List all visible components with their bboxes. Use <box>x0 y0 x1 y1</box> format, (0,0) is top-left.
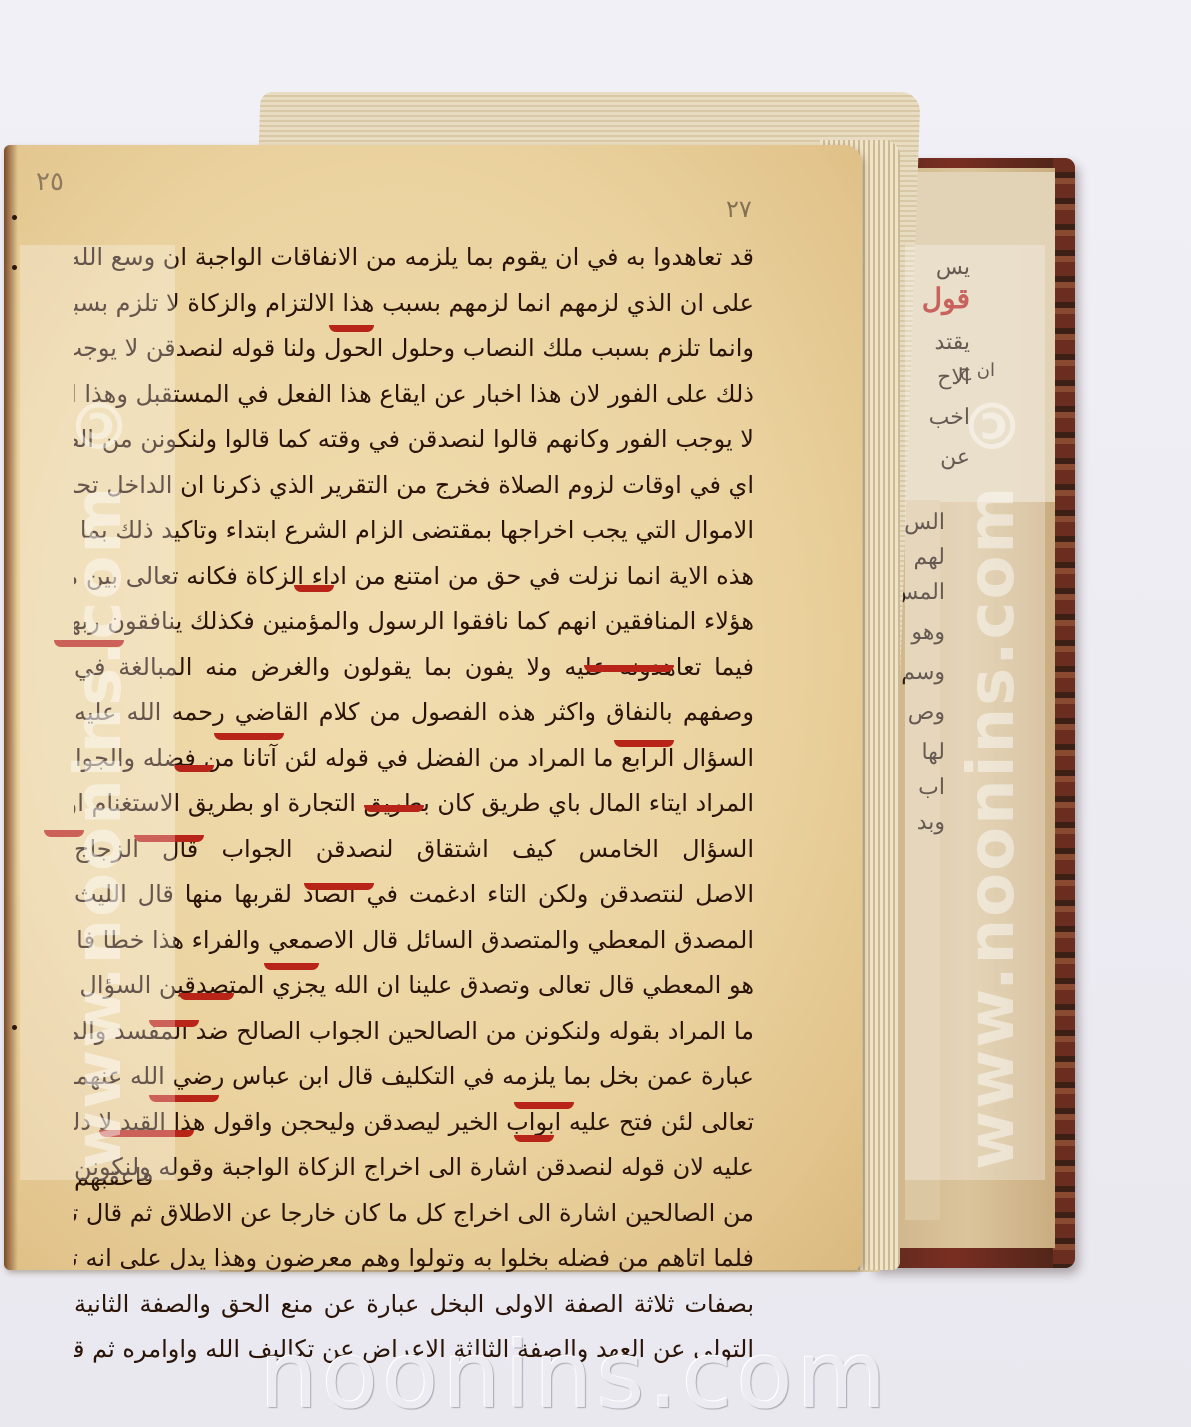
ink-dot <box>12 1025 17 1030</box>
text-line: تعالى لئن فتح عليه ابواب الخير ليصدقن ول… <box>74 1100 754 1146</box>
rubric-mark <box>174 765 214 772</box>
text-line: ذلك على الفور لان هذا اخبار عن ايقاع هذا… <box>74 372 754 418</box>
rubric-mark <box>514 1135 554 1142</box>
text-line: وصفهم بالنفاق واكثر هذه الفصول من كلام ا… <box>74 690 754 736</box>
text-line: ما المراد بقوله ولنكونن من الصالحين الجو… <box>74 1009 754 1055</box>
rubric-mark <box>264 963 319 970</box>
watermark-bottom: noonins.com <box>250 1322 900 1427</box>
rubric-mark <box>214 733 284 740</box>
text-line: اي في اوقات لزوم الصلاة فخرج من التقرير … <box>74 463 754 509</box>
text-line: هؤلاء المنافقين انهم كما نافقوا الرسول و… <box>74 599 754 645</box>
rubric-mark <box>179 993 234 1000</box>
folio-number: ٢٥ <box>36 167 64 197</box>
text-line: على ان الذي لزمهم انما لزمهم بسبب هذا ال… <box>74 281 754 327</box>
manuscript-text: قد تعاهدوا به في ان يقوم بما يلزمه من ال… <box>74 235 754 1373</box>
rubric-mark <box>294 585 334 592</box>
ink-dot <box>12 215 17 220</box>
text-line: بصفات ثلاثة الصفة الاولى البخل عبارة عن … <box>74 1282 754 1328</box>
rubric-mark <box>584 665 674 672</box>
watermark-left: www.noonins.com © <box>62 250 136 1170</box>
binding-edge <box>1053 158 1075 1268</box>
text-line: هو المعطي قال تعالى وتصدق علينا ان الله … <box>74 963 754 1009</box>
text-line: الاموال التي يجب اخراجها بمقتضى الزام ال… <box>74 508 754 554</box>
text-line: قد تعاهدوا به في ان يقوم بما يلزمه من ال… <box>74 235 754 281</box>
text-line: وانما تلزم بسبب ملك النصاب وحلول الحول و… <box>74 326 754 372</box>
folio-number-right: ٢٧ <box>726 195 752 223</box>
text-line: السؤال الخامس كيف اشتقاق لنصدقن الجواب ق… <box>74 827 754 873</box>
ink-dot <box>12 265 17 270</box>
rubric-mark <box>364 805 424 812</box>
rubric-mark <box>329 325 374 332</box>
text-line: هذه الاية انما نزلت في حق من امتنع من اد… <box>74 554 754 600</box>
text-line: عبارة عمن بخل بما يلزمه في التكليف قال ا… <box>74 1054 754 1100</box>
text-line: فلما اتاهم من فضله بخلوا به وتولوا وهم م… <box>74 1236 754 1282</box>
text-line: لا يوجب الفور وكانهم قالوا لنصدقن في وقت… <box>74 417 754 463</box>
watermark-right: www.noonins.com © <box>955 250 1029 1170</box>
rubric-mark <box>614 740 674 747</box>
gutter-shadow <box>4 145 18 1270</box>
rubric-mark <box>304 883 374 890</box>
text-line: المراد ايتاء المال باي طريق كان بطريق ال… <box>74 781 754 827</box>
text-line: من الصالحين اشارة الى اخراج كل ما كان خا… <box>74 1191 754 1237</box>
text-line: عليه لان قوله لنصدقن اشارة الى اخراج الز… <box>74 1145 754 1191</box>
text-line: المصدق المعطي والمتصدق السائل قال الاصمع… <box>74 918 754 964</box>
text-line: الاصل لنتصدقن ولكن التاء ادغمت في الصاد … <box>74 872 754 918</box>
rubric-mark <box>514 1102 574 1109</box>
manuscript-photo: يس قول يقتد الاح اخب عن ان ح الس لهم الم… <box>0 0 1191 1427</box>
